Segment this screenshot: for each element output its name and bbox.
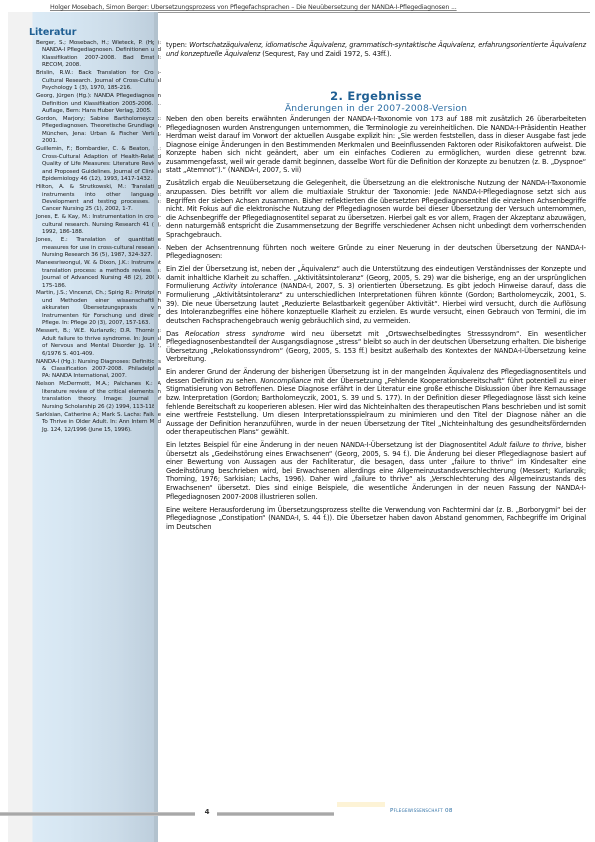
subsection-heading: Änderungen in der 2007-2008-Version	[166, 103, 586, 114]
italic-term: Relocation stress syndrome	[185, 330, 285, 338]
paragraph: Neben der Achsentrennung führten noch we…	[166, 244, 586, 261]
italic-term: Activity intolerance	[213, 282, 277, 290]
text-run: mit der Übersetzung „Fehlende Kooperatio…	[166, 377, 586, 436]
reference-list: Berger, S.; Mosebach, H.; Wieteck, P. (H…	[36, 40, 161, 435]
section-heading: 2. Ergebnisse	[166, 90, 586, 103]
paragraph: Das Relocation stress syndrome wird neu …	[166, 330, 586, 364]
paragraph: Zusätzlich ergab die Neuübersetzung die …	[166, 179, 586, 239]
footer-rule-right	[217, 812, 334, 816]
paragraph: Eine weitere Herausforderung im Übersetz…	[166, 506, 586, 532]
reference-item: Brislin, R.W.: Back Translation for Cros…	[36, 70, 161, 92]
intro-text: typen:	[166, 41, 189, 49]
reference-item: Martin, J.S.; Vincenzi, Ch.; Spirig R.: …	[36, 290, 161, 327]
references-sidebar: Literatur Berger, S.; Mosebach, H.; Wiet…	[8, 12, 158, 842]
reference-item: Jones, E.: Translation of quantitative m…	[36, 237, 161, 259]
page-footer: 4 Pflegewissenschaft 08	[0, 808, 595, 822]
journal-name: Pflegewissenschaft 08	[390, 808, 453, 814]
page-number: 4	[200, 808, 214, 816]
paragraph: Neben den oben bereits erwähnten Änderun…	[166, 115, 586, 175]
reference-item: Berger, S.; Mosebach, H.; Wieteck, P. (H…	[36, 40, 161, 70]
reference-item: Nelson McDermott, M.A.; Palchanes K.: A …	[36, 381, 161, 411]
reference-item: Gordon, Marjory; Sabine Bartholomeyczik:…	[36, 116, 161, 146]
reference-item: Hilton, A. & Strutkowski, M.: Translatin…	[36, 184, 161, 214]
main-text: typen: Wortschatzäquivalenz, idiomatisch…	[166, 41, 586, 536]
paragraph: Ein Ziel der Übersetzung ist, neben der …	[166, 265, 586, 325]
reference-item: Maneesriwongul, W. & Dixon, J.K.: Instru…	[36, 260, 161, 290]
reference-item: NANDA-I (Hg.): Nursing Diagnoses: Defini…	[36, 359, 161, 381]
references-title: Literatur	[29, 27, 76, 38]
paragraph: Ein anderer Grund der Änderung der bishe…	[166, 368, 586, 436]
footer-highlight	[337, 802, 385, 807]
italic-term: Adult failure to thrive	[489, 441, 561, 449]
intro-citation: (Sequrest, Fay und Zaidi 1972, S. 43ff.)…	[260, 50, 391, 58]
reference-item: Sarkisian, Catherine A.; Mark S. Lachs: …	[36, 412, 161, 434]
italic-term: Noncompliance	[260, 377, 311, 385]
reference-item: Georg, Jürgen (Hg.): NANDA Pflegediagnos…	[36, 93, 161, 115]
text-run: Ein letztes Beispiel für eine Änderung i…	[166, 441, 489, 449]
paragraph: Ein letztes Beispiel für eine Änderung i…	[166, 441, 586, 501]
intro-paragraph: typen: Wortschatzäquivalenz, idiomatisch…	[166, 41, 586, 58]
text-run: , bisher übersetzt als „Gedeihstörung ei…	[166, 441, 586, 500]
reference-item: Messert, B.; W.E. Kurlanzik; D.R. Thorni…	[36, 328, 161, 358]
text-run: Das	[166, 330, 185, 338]
reference-item: Jones, E. & Kay, M.: Instrumentation in …	[36, 214, 161, 236]
footer-rule-left	[0, 812, 195, 816]
reference-item: Guillemin, F.; Bombardier, C. & Beaton, …	[36, 146, 161, 183]
